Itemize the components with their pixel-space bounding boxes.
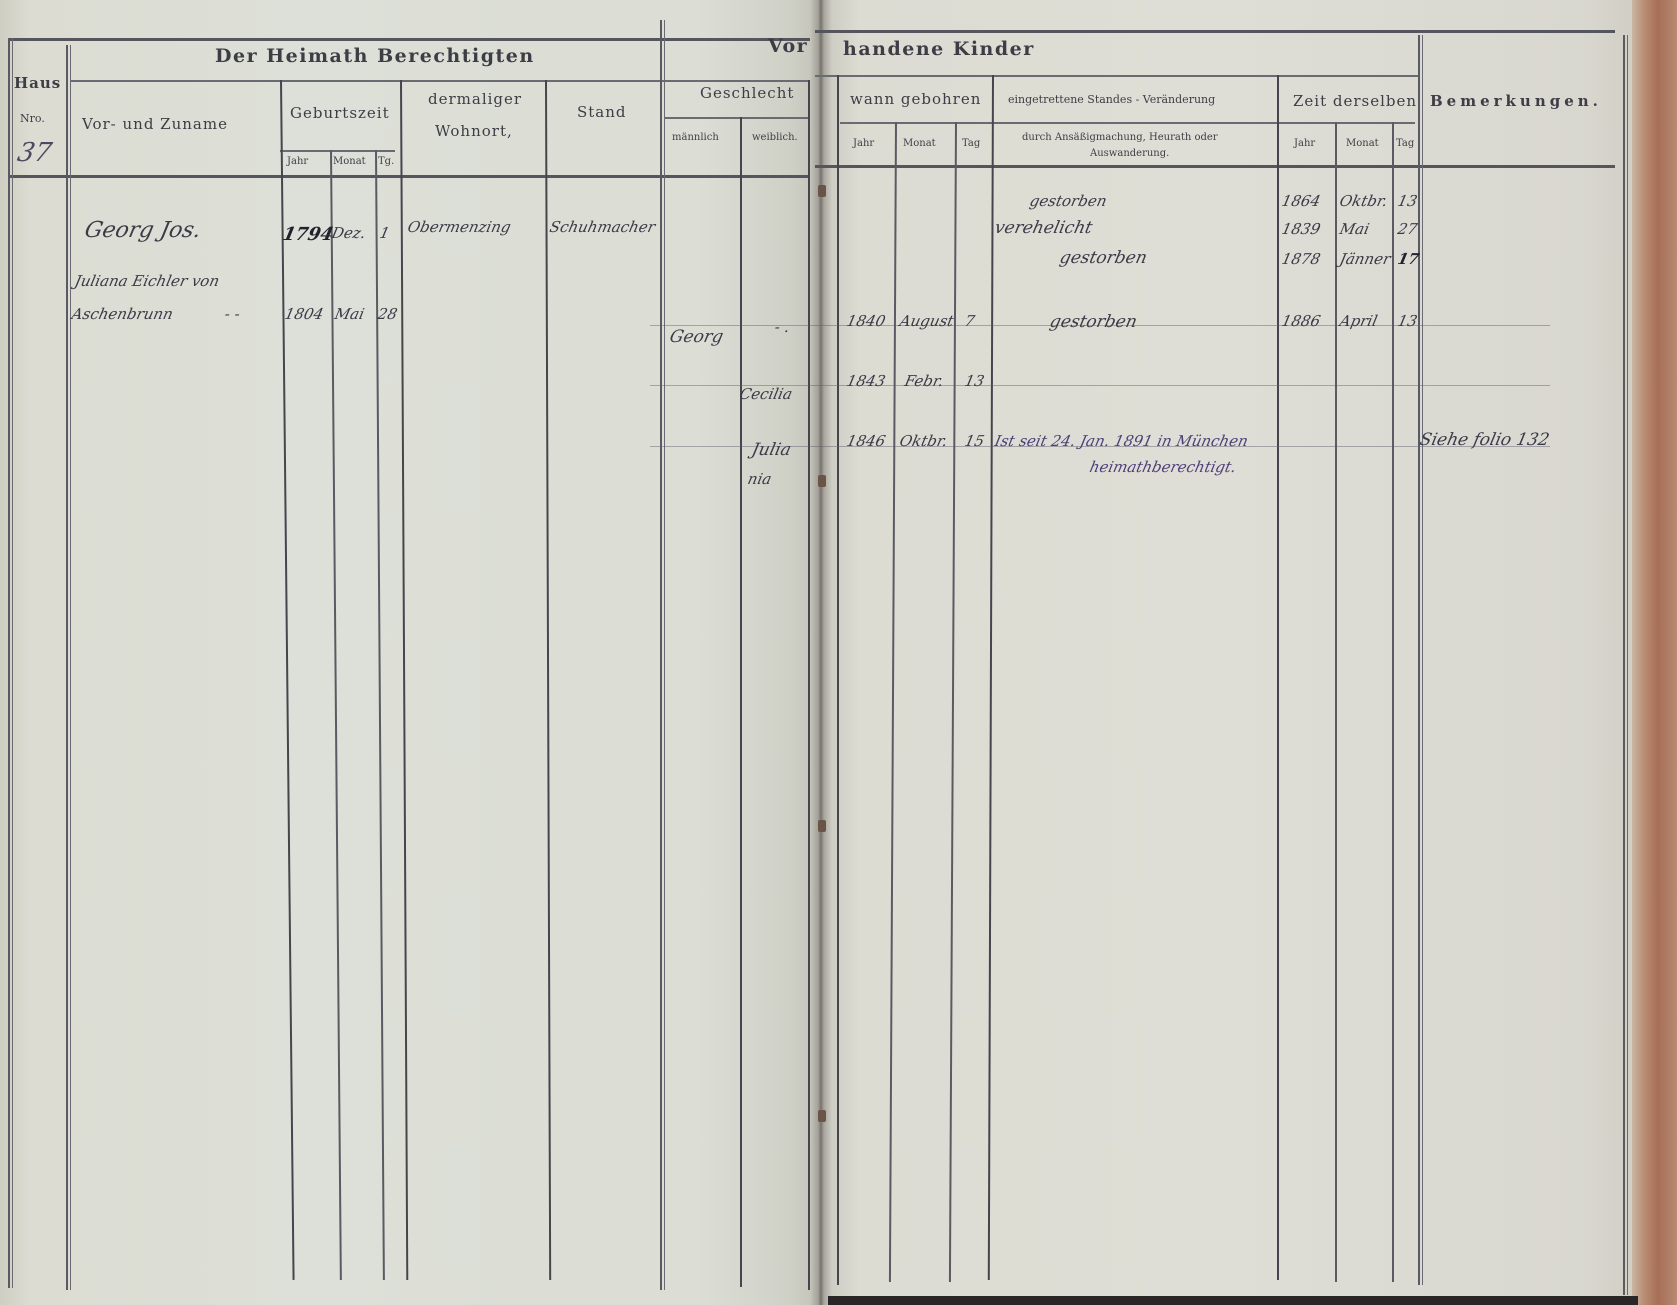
gender-sub-divider: [740, 117, 742, 1287]
child-1-change-year: 1886: [1280, 312, 1322, 330]
entry-father-residence: Obermenzing: [406, 218, 512, 236]
time-sub-tag: Tag: [1396, 138, 1414, 149]
born-sub-tag: Tag: [962, 138, 980, 149]
right-sub-rule: [840, 122, 1415, 124]
left-header-bottom-rule: [10, 175, 810, 178]
born-sub-jahr: Jahr: [853, 138, 874, 149]
child-2-name-female: Cecilia: [738, 385, 794, 403]
parent-event-1-text: gestorben: [1028, 192, 1108, 210]
child-3-change-line2: heimathberechtigt.: [1088, 458, 1238, 476]
parent-event-1-day: 13: [1396, 192, 1419, 210]
left-subheader-rule: [70, 80, 810, 82]
parent-event-3-year: 1878: [1280, 250, 1322, 268]
col-header-name: Vor- und Zuname: [82, 115, 228, 133]
right-page: [820, 0, 1635, 1305]
parent-event-2-day: 27: [1396, 220, 1419, 238]
child-3-born-month: Oktbr.: [898, 432, 949, 450]
entry-father-status: Schuhmacher: [548, 218, 657, 236]
child-3-name-female-1: Julia: [750, 440, 793, 460]
col-header-remarks: Bemerkungen.: [1430, 92, 1602, 110]
gender-sub-female: weiblich.: [752, 132, 798, 143]
child-1-change: gestorben: [1048, 312, 1139, 332]
birth-sub-jahr: Jahr: [287, 156, 308, 167]
change-col-divider: [1277, 75, 1279, 1280]
book-page-edges: [1632, 0, 1677, 1305]
child-3-name-female-2: nia: [746, 470, 773, 488]
left-outer-border: [8, 38, 13, 1288]
entry-mother-year: 1804: [283, 305, 325, 323]
binding-stitch: [818, 475, 826, 487]
right-top-rule: [815, 30, 1615, 33]
haus-col-divider: [66, 45, 71, 1290]
child-2-born-year: 1843: [845, 372, 887, 390]
col-header-residence-2: Wohnort,: [435, 122, 513, 140]
child-3-change-line1: Ist seit 24. Jan. 1891 in München: [993, 432, 1250, 450]
born-sub-monat: Monat: [903, 138, 936, 149]
binding-stitch: [818, 820, 826, 832]
col-header-change: eingetrettene Standes - Veränderung: [1008, 93, 1215, 106]
register-spread: Haus Nro. 37 Der Heimath Berechtigten Vo…: [0, 0, 1677, 1305]
group-title-heimath: Der Heimath Berechtigten: [215, 45, 535, 67]
parent-event-3-month: Jänner: [1338, 250, 1392, 268]
right-subheader-rule: [815, 75, 1420, 77]
change-sub-1: durch Ansäßigmachung, Heurath oder: [1022, 132, 1218, 143]
col-header-status: Stand: [577, 103, 627, 121]
parent-event-1-month: Oktbr.: [1338, 192, 1389, 210]
child-3-born-day: 15: [963, 432, 986, 450]
right-inner-border: [837, 75, 839, 1285]
binding-stitch: [818, 1110, 826, 1122]
col-header-born: wann gebohren: [850, 90, 981, 108]
time-col-divider: [1418, 35, 1423, 1285]
child-1-change-month: April: [1338, 312, 1379, 330]
entry-mother-name-2: Aschenbrunn: [70, 305, 175, 323]
parent-event-2-text: verehelicht: [993, 218, 1094, 238]
child-2-born-month: Febr.: [903, 372, 945, 390]
page-bottom-shadow: [828, 1296, 1638, 1305]
right-header-bottom-rule: [815, 165, 1615, 168]
parent-event-3-text: gestorben: [1058, 248, 1149, 268]
time-sub-monat: Monat: [1346, 138, 1379, 149]
child-2-born-day: 13: [963, 372, 986, 390]
left-top-rule: [10, 38, 810, 41]
child-3-born-year: 1846: [845, 432, 887, 450]
vorhandene-prefix: Vor: [768, 35, 808, 57]
birth-sub-tag: Tg.: [378, 156, 394, 167]
col-header-gender: Geschlecht: [700, 84, 794, 102]
parent-event-2-month: Mai: [1338, 220, 1371, 238]
time-sub-jahr: Jahr: [1294, 138, 1315, 149]
col-header-residence-1: dermaliger: [428, 90, 522, 108]
left-inner-border: [808, 80, 810, 1290]
child-1-born-month: August: [898, 312, 955, 330]
left-page: [0, 0, 820, 1305]
col-header-time: Zeit derselben: [1293, 92, 1417, 110]
status-col-divider: [660, 20, 665, 1290]
child-1-born-year: 1840: [845, 312, 887, 330]
change-sub-2: Auswanderung.: [1090, 148, 1169, 159]
child-3-remarks: Siehe folio 132: [1418, 430, 1551, 450]
entry-mother-month: Mai: [333, 305, 366, 323]
binding-stitch: [818, 185, 826, 197]
nro-label: Nro.: [20, 112, 45, 125]
group-title-kinder: handene Kinder: [843, 38, 1035, 60]
col-header-birth: Geburtszeit: [290, 104, 390, 122]
right-outer-border: [1623, 35, 1628, 1295]
time-monat-divider: [1392, 122, 1394, 1282]
haus-label: Haus: [14, 74, 61, 92]
parent-event-1-year: 1864: [1280, 192, 1322, 210]
parent-event-3-day: 17: [1396, 250, 1421, 268]
birth-sub-monat: Monat: [333, 156, 366, 167]
time-jahr-divider: [1335, 122, 1337, 1282]
birth-sub-rule: [280, 150, 395, 152]
entry-mother-day: 28: [376, 305, 399, 323]
gender-sub-rule: [665, 117, 810, 119]
parent-event-2-year: 1839: [1280, 220, 1322, 238]
house-number: 37: [15, 138, 54, 168]
entry-father-month: Dez.: [330, 224, 367, 242]
entry-mother-name-1: Juliana Eichler von: [73, 272, 221, 290]
entry-father-year: 1794: [281, 224, 336, 245]
entry-father-name: Georg Jos.: [82, 218, 203, 243]
child-1-change-day: 13: [1396, 312, 1419, 330]
child-1-name-male: Georg: [668, 327, 725, 347]
gender-sub-male: männlich: [672, 132, 719, 143]
